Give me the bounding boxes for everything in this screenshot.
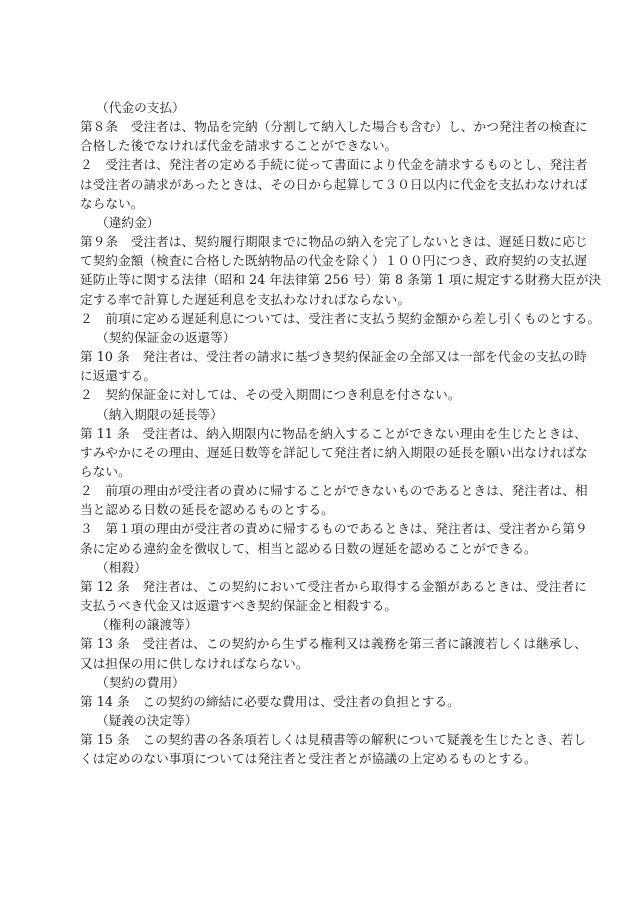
section-heading-offset: （相殺） [80,558,580,577]
article-11-line: らない。 [80,462,580,481]
article-14-line: 第 14 条 この契約の締結に必要な費用は、受注者の負担とする。 [80,692,580,711]
article-15-line: 第 15 条 この契約書の各条項若しくは見積書等の解釈について疑義を生じたとき、… [80,730,580,749]
section-heading-payment: （代金の支払） [80,98,580,117]
section-heading-penalty: （違約金） [80,213,580,232]
article-8-line: ２ 受注者は、発注者の定める手続に従って書面により代金を請求するものとし、発注者 [80,155,580,174]
article-11-line: ３ 第１項の理由が受注者の責めに帰するものであるときは、発注者は、受注者から第９ [80,519,580,538]
article-8-line: 合格した後でなければ代金を請求することができない。 [80,136,580,155]
article-12-line: 支払うべき代金又は返還すべき契約保証金と相殺する。 [80,596,580,615]
article-8-line: 第８条 受注者は、物品を完納（分割して納入した場合も含む）し、かつ発注者の検査に [80,117,580,136]
article-11-line: 当と認める日数の延長を認めるものとする。 [80,500,580,519]
section-heading-deposit-return: （契約保証金の返還等） [80,328,580,347]
section-heading-dispute-resolution: （疑義の決定等） [80,711,580,730]
article-13-line: 第 13 条 受注者は、この契約から生ずる権利又は義務を第三者に譲渡若しくは継承… [80,634,580,653]
article-9-line: 第９条 受注者は、契約履行期限までに物品の納入を完了しないときは、遅延日数に応じ [80,232,580,251]
article-13-line: 又は担保の用に供しなければならない。 [80,654,580,673]
article-9-line: 延防止等に関する法律（昭和 24 年法律第 256 号）第 8 条第 1 項に規… [80,270,580,289]
article-8-line: は受注者の請求があったときは、その日から起算して３０日以内に代金を支払わなければ [80,175,580,194]
section-heading-rights-transfer: （権利の譲渡等） [80,615,580,634]
article-10-line: に返還する。 [80,366,580,385]
article-15-line: くは定めのない事項については発注者と受注者とが協議の上定めるものとする。 [80,749,580,768]
article-9-line: 定する率で計算した遅延利息を支払わなければならない。 [80,290,580,309]
article-11-line: 第 11 条 受注者は、納入期限内に物品を納入することができない理由を生じたとき… [80,424,580,443]
section-heading-deadline-extension: （納入期限の延長等） [80,405,580,424]
section-heading-contract-costs: （契約の費用） [80,673,580,692]
article-11-line: ２ 前項の理由が受注者の責めに帰することができないものであるときは、発注者は、相 [80,481,580,500]
article-12-line: 第 12 条 発注者は、この契約において受注者から取得する金額があるときは、受注… [80,577,580,596]
article-10-line: ２ 契約保証金に対しては、その受入期間につき利息を付さない。 [80,385,580,404]
document-page: （代金の支払） 第８条 受注者は、物品を完納（分割して納入した場合も含む）し、か… [80,98,580,768]
article-10-line: 第 10 条 発注者は、受注者の請求に基づき契約保証金の全部又は一部を代金の支払… [80,347,580,366]
article-11-line: すみやかにその理由、遅延日数等を詳記して発注者に納入期限の延長を願い出なければな [80,443,580,462]
article-8-line: ならない。 [80,194,580,213]
article-11-line: 条に定める違約金を徴収して、相当と認める日数の遅延を認めることができる。 [80,539,580,558]
article-9-line: て契約金額（検査に合格した既納物品の代金を除く）１００円につき、政府契約の支払遅 [80,251,580,270]
article-9-line: ２ 前項に定める遅延利息については、受注者に支払う契約金額から差し引くものとする… [80,309,580,328]
